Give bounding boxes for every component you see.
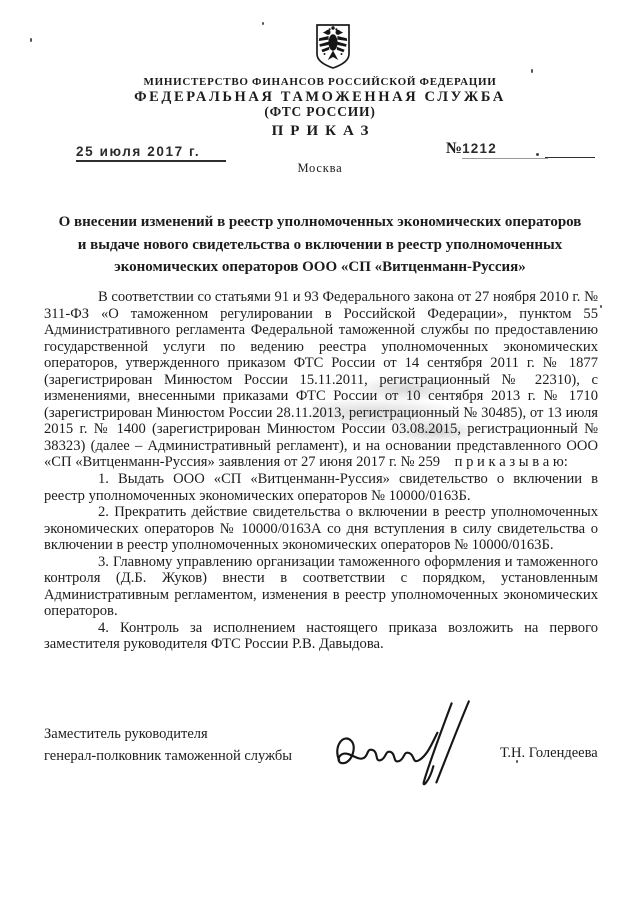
handwritten-signature xyxy=(330,698,482,802)
signer-post: Заместитель руководителя генерал-полковн… xyxy=(44,723,292,767)
scan-speck xyxy=(531,69,533,73)
signer-post-line: генерал-полковник таможенной службы xyxy=(44,745,292,767)
order-document-page: МИНИСТЕРСТВО ФИНАНСОВ РОССИЙСКОЙ ФЕДЕРАЦ… xyxy=(0,0,640,905)
order-date-field: 25 июля 2017 г. xyxy=(76,143,226,162)
city-name: Москва xyxy=(0,161,640,176)
coat-of-arms-icon xyxy=(314,23,352,70)
signer-post-line: Заместитель руководителя xyxy=(44,723,292,745)
number-sign: № xyxy=(446,140,462,157)
number-underline-segment xyxy=(545,157,595,158)
order-title: О внесении изменений в реестр уполномоче… xyxy=(40,211,600,279)
body-paragraph-preamble: В соответствии со статьями 91 и 93 Федер… xyxy=(44,289,598,471)
scan-dot xyxy=(536,153,539,156)
body-paragraph-item-3: 3. Главному управлению организации тамож… xyxy=(44,554,598,620)
order-title-line: О внесении изменений в реестр уполномоче… xyxy=(40,211,600,234)
agency-abbreviation: (ФТС РОССИИ) xyxy=(0,104,640,120)
order-body: В соответствии со статьями 91 и 93 Федер… xyxy=(44,289,598,653)
body-paragraph-item-2: 2. Прекратить действие свидетельства о в… xyxy=(44,504,598,554)
scan-speck xyxy=(262,22,264,25)
scan-speck xyxy=(516,760,518,763)
order-number-field: №1212 xyxy=(446,140,548,159)
order-title-line: и выдаче нового свидетельства о включени… xyxy=(40,234,600,257)
order-title-line: экономических операторов ООО «СП «Витцен… xyxy=(40,256,600,279)
ministry-name: МИНИСТЕРСТВО ФИНАНСОВ РОССИЙСКОЙ ФЕДЕРАЦ… xyxy=(0,76,640,88)
signer-name: Т.Н. Голендеева xyxy=(500,745,598,762)
document-type-heading: ПРИКАЗ xyxy=(0,123,640,140)
scan-speck xyxy=(600,305,602,308)
body-paragraph-item-1: 1. Выдать ООО «СП «Витценманн-Руссия» св… xyxy=(44,471,598,504)
order-number: 1212 xyxy=(462,141,548,159)
order-date: 25 июля 2017 г. xyxy=(76,144,226,162)
body-paragraph-item-4: 4. Контроль за исполнением настоящего пр… xyxy=(44,620,598,653)
scan-speck xyxy=(30,38,32,42)
